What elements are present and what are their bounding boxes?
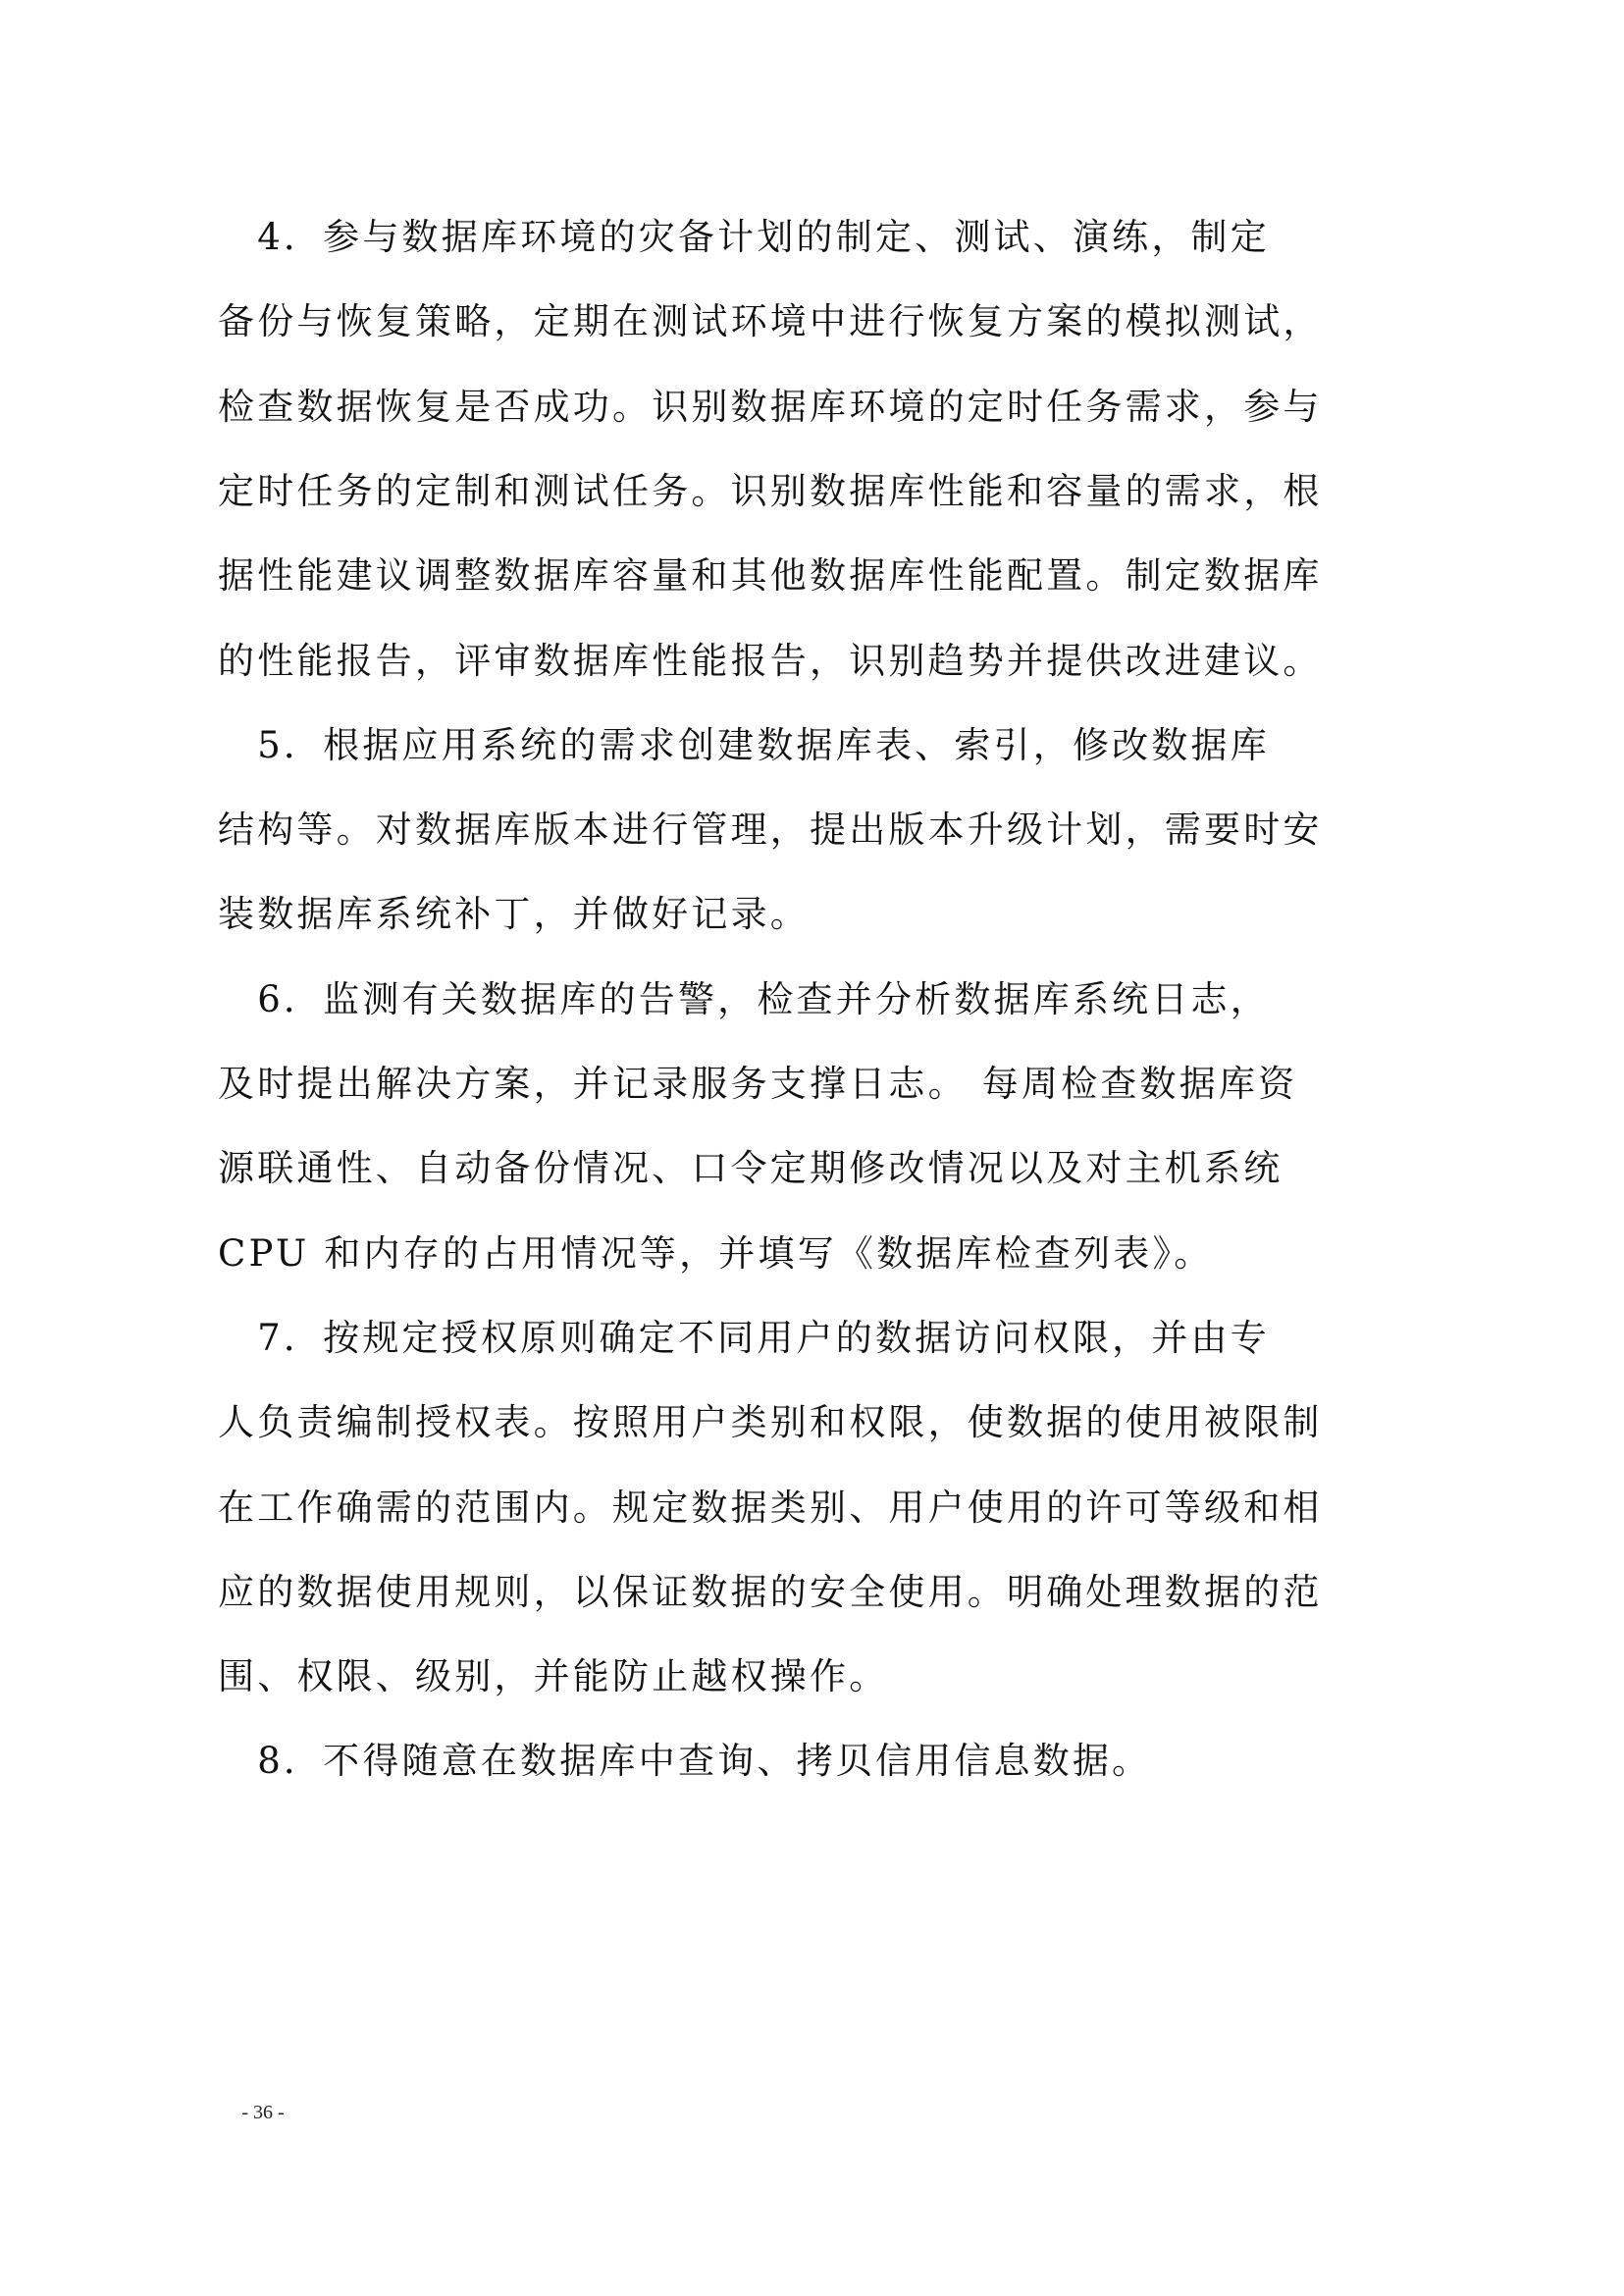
document-page: 4．参与数据库环境的灾备计划的制定、测试、演练，制定 备份与恢复策略，定期在测试… bbox=[0, 0, 1624, 2296]
text-line: 据性能建议调整数据库容量和其他数据库性能配置。制定数据库 bbox=[218, 548, 1410, 604]
text-line: 及时提出解决方案，并记录服务支撑日志。 每周检查数据库资 bbox=[218, 1056, 1410, 1113]
text-line: CPU 和内存的占用情况等，并填写《数据库检查列表》。 bbox=[218, 1226, 1410, 1282]
text-line: 8．不得随意在数据库中查询、拷贝信用信息数据。 bbox=[218, 1733, 1410, 1790]
page-number: - 36 - bbox=[214, 2102, 312, 2124]
text-line: 7．按规定授权原则确定不同用户的数据访问权限，并由专 bbox=[218, 1310, 1410, 1367]
text-line: 装数据库系统补丁，并做好记录。 bbox=[218, 886, 1410, 943]
text-line: 源联通性、自动备份情况、口令定期修改情况以及对主机系统 bbox=[218, 1140, 1410, 1197]
text-line: 定时任务的定制和测试任务。识别数据库性能和容量的需求，根 bbox=[218, 463, 1410, 520]
text-line: 备份与恢复策略，定期在测试环境中进行恢复方案的模拟测试， bbox=[218, 293, 1410, 350]
text-line: 应的数据使用规则，以保证数据的安全使用。明确处理数据的范 bbox=[218, 1564, 1410, 1621]
text-line: 5．根据应用系统的需求创建数据库表、索引，修改数据库 bbox=[218, 717, 1410, 774]
text-line: 6．监测有关数据库的告警，检查并分析数据库系统日志， bbox=[218, 971, 1410, 1028]
text-line: 4．参与数据库环境的灾备计划的制定、测试、演练，制定 bbox=[218, 209, 1410, 266]
text-line: 结构等。对数据库版本进行管理，提出版本升级计划，需要时安 bbox=[218, 802, 1410, 859]
text-line: 人负责编制授权表。按照用户类别和权限，使数据的使用被限制 bbox=[218, 1394, 1410, 1451]
text-line: 的性能报告，评审数据库性能报告，识别趋势并提供改进建议。 bbox=[218, 633, 1410, 690]
text-line: 围、权限、级别，并能防止越权操作。 bbox=[218, 1648, 1410, 1705]
text-line: 在工作确需的范围内。规定数据类别、用户使用的许可等级和相 bbox=[218, 1480, 1410, 1537]
text-line: 检查数据恢复是否成功。识别数据库环境的定时任务需求，参与 bbox=[218, 379, 1410, 436]
